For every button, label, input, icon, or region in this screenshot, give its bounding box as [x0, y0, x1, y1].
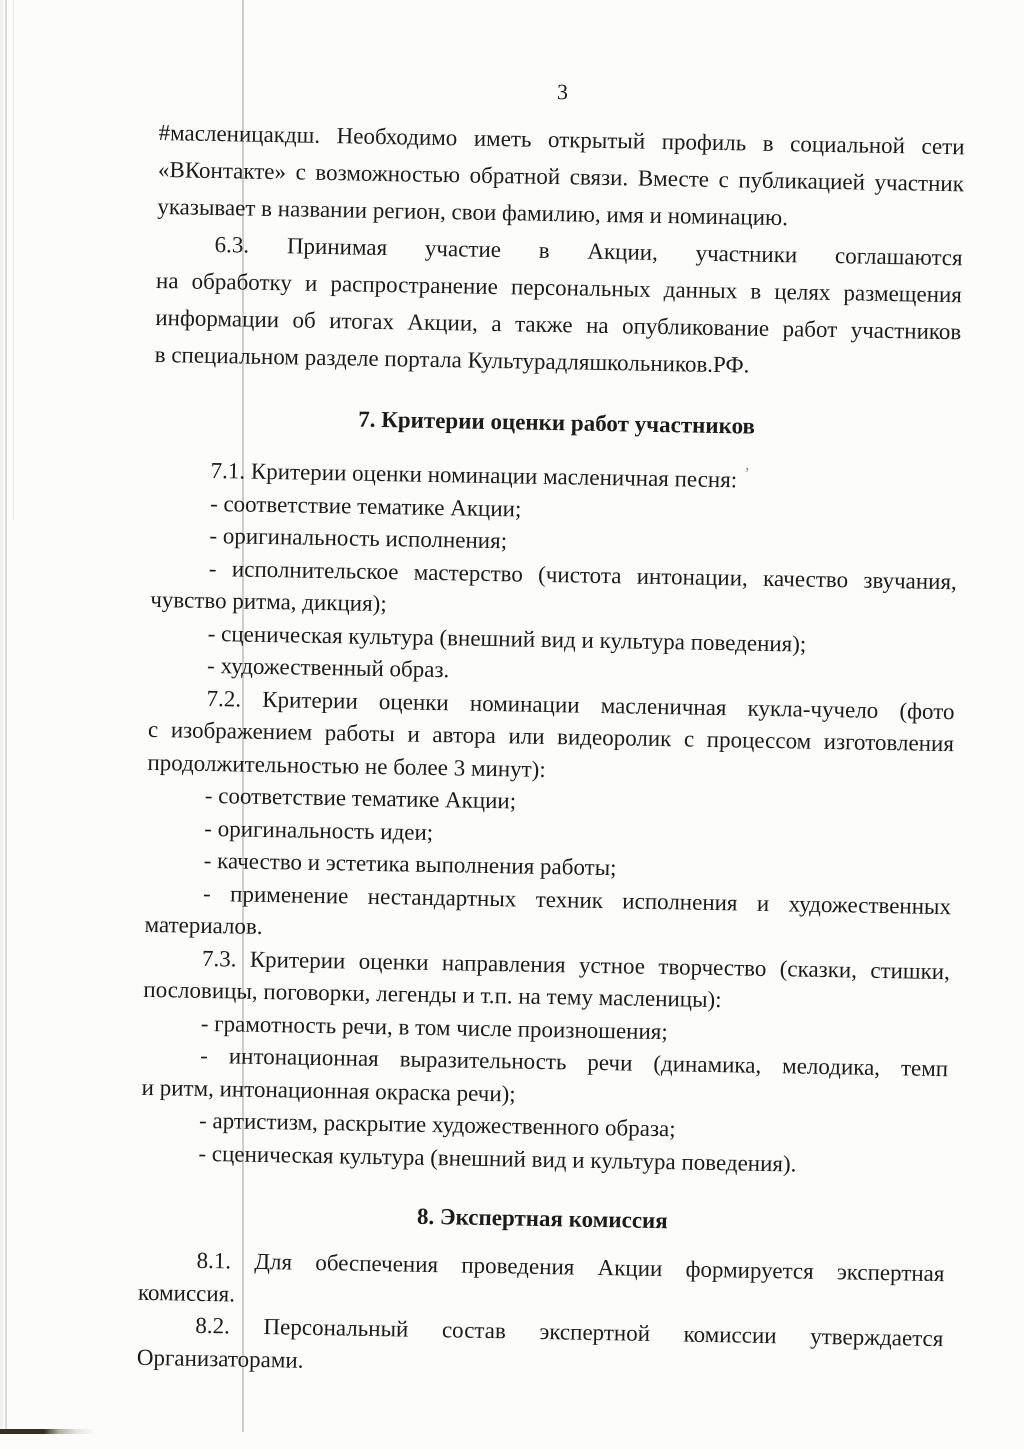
document-page: 3 #масленицакдш. Необходимо иметь открыт… [0, 0, 1024, 1449]
document-content: 3 #масленицакдш. Необходимо иметь открыт… [137, 58, 966, 1388]
section-heading: 8. Экспертная комиссия [139, 1195, 945, 1242]
scan-edge-line [5, 0, 7, 1432]
document-lines: #масленицакдш. Необходимо иметь открытый… [137, 114, 965, 1388]
page-number: 3 [159, 72, 965, 112]
scan-artifact-tick: ʼ [744, 465, 750, 482]
scan-edge-line-faint [13, 0, 14, 520]
scan-bottom-mark [0, 1429, 95, 1434]
scan-edge-strip [0, 0, 3, 1432]
section-heading: 7. Критерии оценки работ участников [153, 399, 959, 446]
